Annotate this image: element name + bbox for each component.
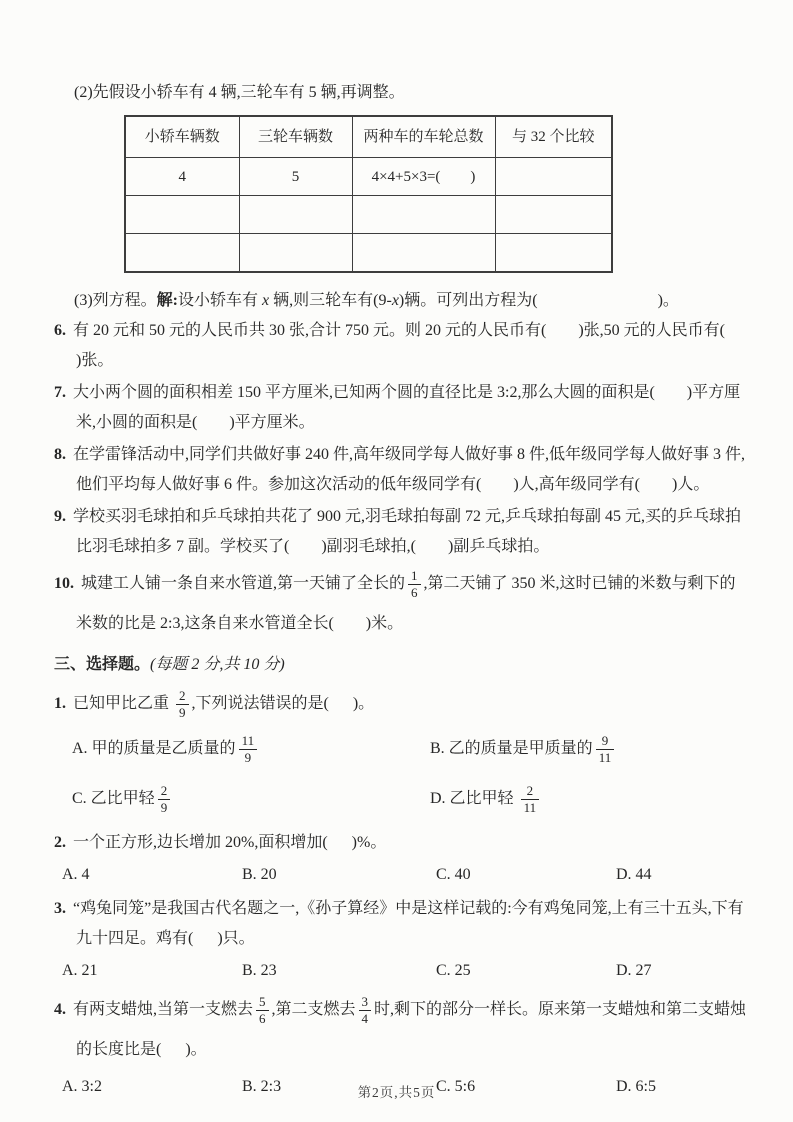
question-number: 9. bbox=[54, 508, 66, 525]
table-cell: 4 bbox=[125, 158, 239, 196]
question-number: 7. bbox=[54, 384, 66, 401]
question-number: 4. bbox=[54, 1001, 66, 1018]
table-cell bbox=[239, 196, 352, 234]
option-label: A. 甲的质量是乙质量的 bbox=[72, 740, 236, 757]
fraction-two-ninths: 29 bbox=[176, 688, 189, 720]
col-header-cars: 小轿车辆数 bbox=[125, 116, 239, 158]
table-row bbox=[125, 234, 612, 273]
option-d: D. 44 bbox=[616, 860, 749, 890]
option-c: C. 25 bbox=[436, 956, 616, 986]
fraction-three-quarters: 34 bbox=[359, 994, 372, 1026]
option-d: D. 27 bbox=[616, 956, 749, 986]
question-text: 大小两个圆的面积相差 150 平方厘米,已知两个圆的直径比是 3:2,那么大圆的… bbox=[73, 384, 740, 431]
question-text-post: ,下列说法错误的是( )。 bbox=[192, 695, 375, 712]
choice-question-3: 3.“鸡兔同笼”是我国古代名题之一,《孙子算经》中是这样记载的:今有鸡兔同笼,上… bbox=[54, 894, 749, 954]
fill-question-8: 8.在学雷锋活动中,同学们共做好事 240 件,高年级同学每人做好事 8 件,低… bbox=[54, 440, 749, 500]
question-text: 学校买羽毛球拍和乒乓球拍共花了 900 元,羽毛球拍每副 72 元,乒乓球拍每副… bbox=[73, 508, 741, 555]
fraction-numerator: 2 bbox=[176, 688, 189, 705]
table-cell bbox=[495, 196, 612, 234]
fraction-denominator: 9 bbox=[158, 800, 171, 816]
fill-question-6: 6.有 20 元和 50 元的人民币共 30 张,合计 750 元。则 20 元… bbox=[54, 316, 749, 376]
fraction-numerator: 5 bbox=[256, 994, 269, 1011]
fraction-numerator: 11 bbox=[239, 733, 258, 750]
table-cell bbox=[125, 234, 239, 273]
table-cell bbox=[239, 234, 352, 273]
option-c: C. 40 bbox=[436, 860, 616, 890]
option-d: D. 乙比甲轻 211 bbox=[430, 778, 749, 820]
section-score-note: (每题 2 分,共 10 分) bbox=[150, 656, 285, 673]
fraction-two-ninths: 29 bbox=[158, 783, 171, 815]
fraction-denominator: 4 bbox=[359, 1011, 372, 1027]
option-b: B. 23 bbox=[242, 956, 436, 986]
option-label: B. 乙的质量是甲质量的 bbox=[430, 740, 593, 757]
fraction-five-sixths: 56 bbox=[256, 994, 269, 1026]
table-row: 4 5 4×4+5×3=( ) bbox=[125, 158, 612, 196]
fraction-denominator: 6 bbox=[256, 1011, 269, 1027]
col-header-total-wheels: 两种车的车轮总数 bbox=[352, 116, 495, 158]
fraction-numerator: 3 bbox=[359, 994, 372, 1011]
choice-3-options: A. 21 B. 23 C. 25 D. 27 bbox=[62, 956, 749, 986]
question-text-pre: 已知甲比乙重 bbox=[73, 695, 173, 712]
question-text: 一个正方形,边长增加 20%,面积增加( )%。 bbox=[73, 834, 386, 851]
fraction-nine-elevenths: 911 bbox=[596, 733, 615, 765]
option-b: B. 20 bbox=[242, 860, 436, 890]
fraction-denominator: 11 bbox=[521, 800, 540, 816]
question-3-pre: 设小轿车有 bbox=[178, 292, 262, 309]
page-number-footer: 第2页,共5页 bbox=[0, 1078, 793, 1108]
question-text-pre: 有两支蜡烛,当第一支燃去 bbox=[73, 1001, 253, 1018]
question-text: 有 20 元和 50 元的人民币共 30 张,合计 750 元。则 20 元的人… bbox=[73, 322, 757, 369]
fill-question-7: 7.大小两个圆的面积相差 150 平方厘米,已知两个圆的直径比是 3:2,那么大… bbox=[54, 378, 749, 438]
question-text: 在学雷锋活动中,同学们共做好事 240 件,高年级同学每人做好事 8 件,低年级… bbox=[73, 446, 745, 493]
table-cell-equation: 4×4+5×3=( ) bbox=[352, 158, 495, 196]
question-3-mid: 辆,则三轮车有(9- bbox=[269, 292, 392, 309]
section-3-heading: 三、选择题。(每题 2 分,共 10 分) bbox=[54, 650, 749, 680]
table-header-row: 小轿车辆数 三轮车辆数 两种车的车轮总数 与 32 个比较 bbox=[125, 116, 612, 158]
question-3-post: )辆。可列出方程为( )。 bbox=[399, 292, 679, 309]
option-a: A. 4 bbox=[62, 860, 242, 890]
fraction-one-sixth: 16 bbox=[408, 568, 421, 600]
table-cell: 5 bbox=[239, 158, 352, 196]
question-text-pre: 城建工人铺一条自来水管道,第一天铺了全长的 bbox=[81, 575, 405, 592]
option-b: B. 乙的质量是甲质量的911 bbox=[430, 728, 749, 770]
question-number: 8. bbox=[54, 446, 66, 463]
option-a: A. 21 bbox=[62, 956, 242, 986]
fraction-denominator: 11 bbox=[596, 750, 615, 766]
fill-question-10: 10.城建工人铺一条自来水管道,第一天铺了全长的16,第二天铺了 350 米,这… bbox=[54, 564, 749, 644]
exam-page: (2)先假设小轿车有 4 辆,三轮车有 5 辆,再调整。 小轿车辆数 三轮车辆数… bbox=[0, 0, 793, 1122]
question-text-mid: ,第二支燃去 bbox=[272, 1001, 356, 1018]
fill-question-9: 9.学校买羽毛球拍和乒乓球拍共花了 900 元,羽毛球拍每副 72 元,乒乓球拍… bbox=[54, 502, 749, 562]
fraction-denominator: 9 bbox=[176, 705, 189, 721]
table-cell bbox=[352, 196, 495, 234]
question-number: 10. bbox=[54, 575, 74, 592]
table-cell bbox=[352, 234, 495, 273]
question-number: 1. bbox=[54, 695, 66, 712]
table-cell bbox=[495, 158, 612, 196]
section-title: 三、选择题。 bbox=[54, 656, 150, 673]
fraction-numerator: 2 bbox=[521, 783, 540, 800]
col-header-compare-32: 与 32 个比较 bbox=[495, 116, 612, 158]
table-cell bbox=[495, 234, 612, 273]
question-number: 2. bbox=[54, 834, 66, 851]
option-c: C. 乙比甲轻29 bbox=[72, 778, 430, 820]
fraction-numerator: 2 bbox=[158, 783, 171, 800]
variable-x: x bbox=[392, 292, 399, 309]
fraction-two-elevenths: 211 bbox=[521, 783, 540, 815]
option-label: C. 乙比甲轻 bbox=[72, 790, 155, 807]
choice-question-4: 4.有两支蜡烛,当第一支燃去56,第二支燃去34时,剩下的部分一样长。原来第一支… bbox=[54, 990, 749, 1070]
fraction-numerator: 9 bbox=[596, 733, 615, 750]
col-header-tricycles: 三轮车辆数 bbox=[239, 116, 352, 158]
option-label: D. 乙比甲轻 bbox=[430, 790, 518, 807]
table-cell bbox=[125, 196, 239, 234]
fraction-eleven-ninths: 119 bbox=[239, 733, 258, 765]
question-text: “鸡兔同笼”是我国古代名题之一,《孙子算经》中是这样记载的:今有鸡兔同笼,上有三… bbox=[73, 900, 744, 947]
solution-word: 解: bbox=[157, 292, 178, 309]
fraction-denominator: 6 bbox=[408, 585, 421, 601]
question-number: 6. bbox=[54, 322, 66, 339]
question-2-text: (2)先假设小轿车有 4 辆,三轮车有 5 辆,再调整。 bbox=[74, 84, 405, 101]
question-3-label: (3)列方程。 bbox=[74, 292, 157, 309]
question-3-equation-line: (3)列方程。解:设小轿车有 x 辆,则三轮车有(9-x)辆。可列出方程为( )… bbox=[54, 286, 749, 316]
question-2-intro: (2)先假设小轿车有 4 辆,三轮车有 5 辆,再调整。 bbox=[54, 78, 749, 108]
assumption-table: 小轿车辆数 三轮车辆数 两种车的车轮总数 与 32 个比较 4 5 4×4+5×… bbox=[124, 115, 613, 273]
question-number: 3. bbox=[54, 900, 66, 917]
fraction-numerator: 1 bbox=[408, 568, 421, 585]
choice-1-options: A. 甲的质量是乙质量的119 B. 乙的质量是甲质量的911 C. 乙比甲轻2… bbox=[72, 728, 749, 820]
fraction-denominator: 9 bbox=[239, 750, 258, 766]
choice-question-2: 2.一个正方形,边长增加 20%,面积增加( )%。 bbox=[54, 828, 749, 858]
table-row bbox=[125, 196, 612, 234]
choice-question-1: 1.已知甲比乙重 29,下列说法错误的是( )。 bbox=[54, 684, 749, 724]
option-a: A. 甲的质量是乙质量的119 bbox=[72, 728, 430, 770]
choice-2-options: A. 4 B. 20 C. 40 D. 44 bbox=[62, 860, 749, 890]
